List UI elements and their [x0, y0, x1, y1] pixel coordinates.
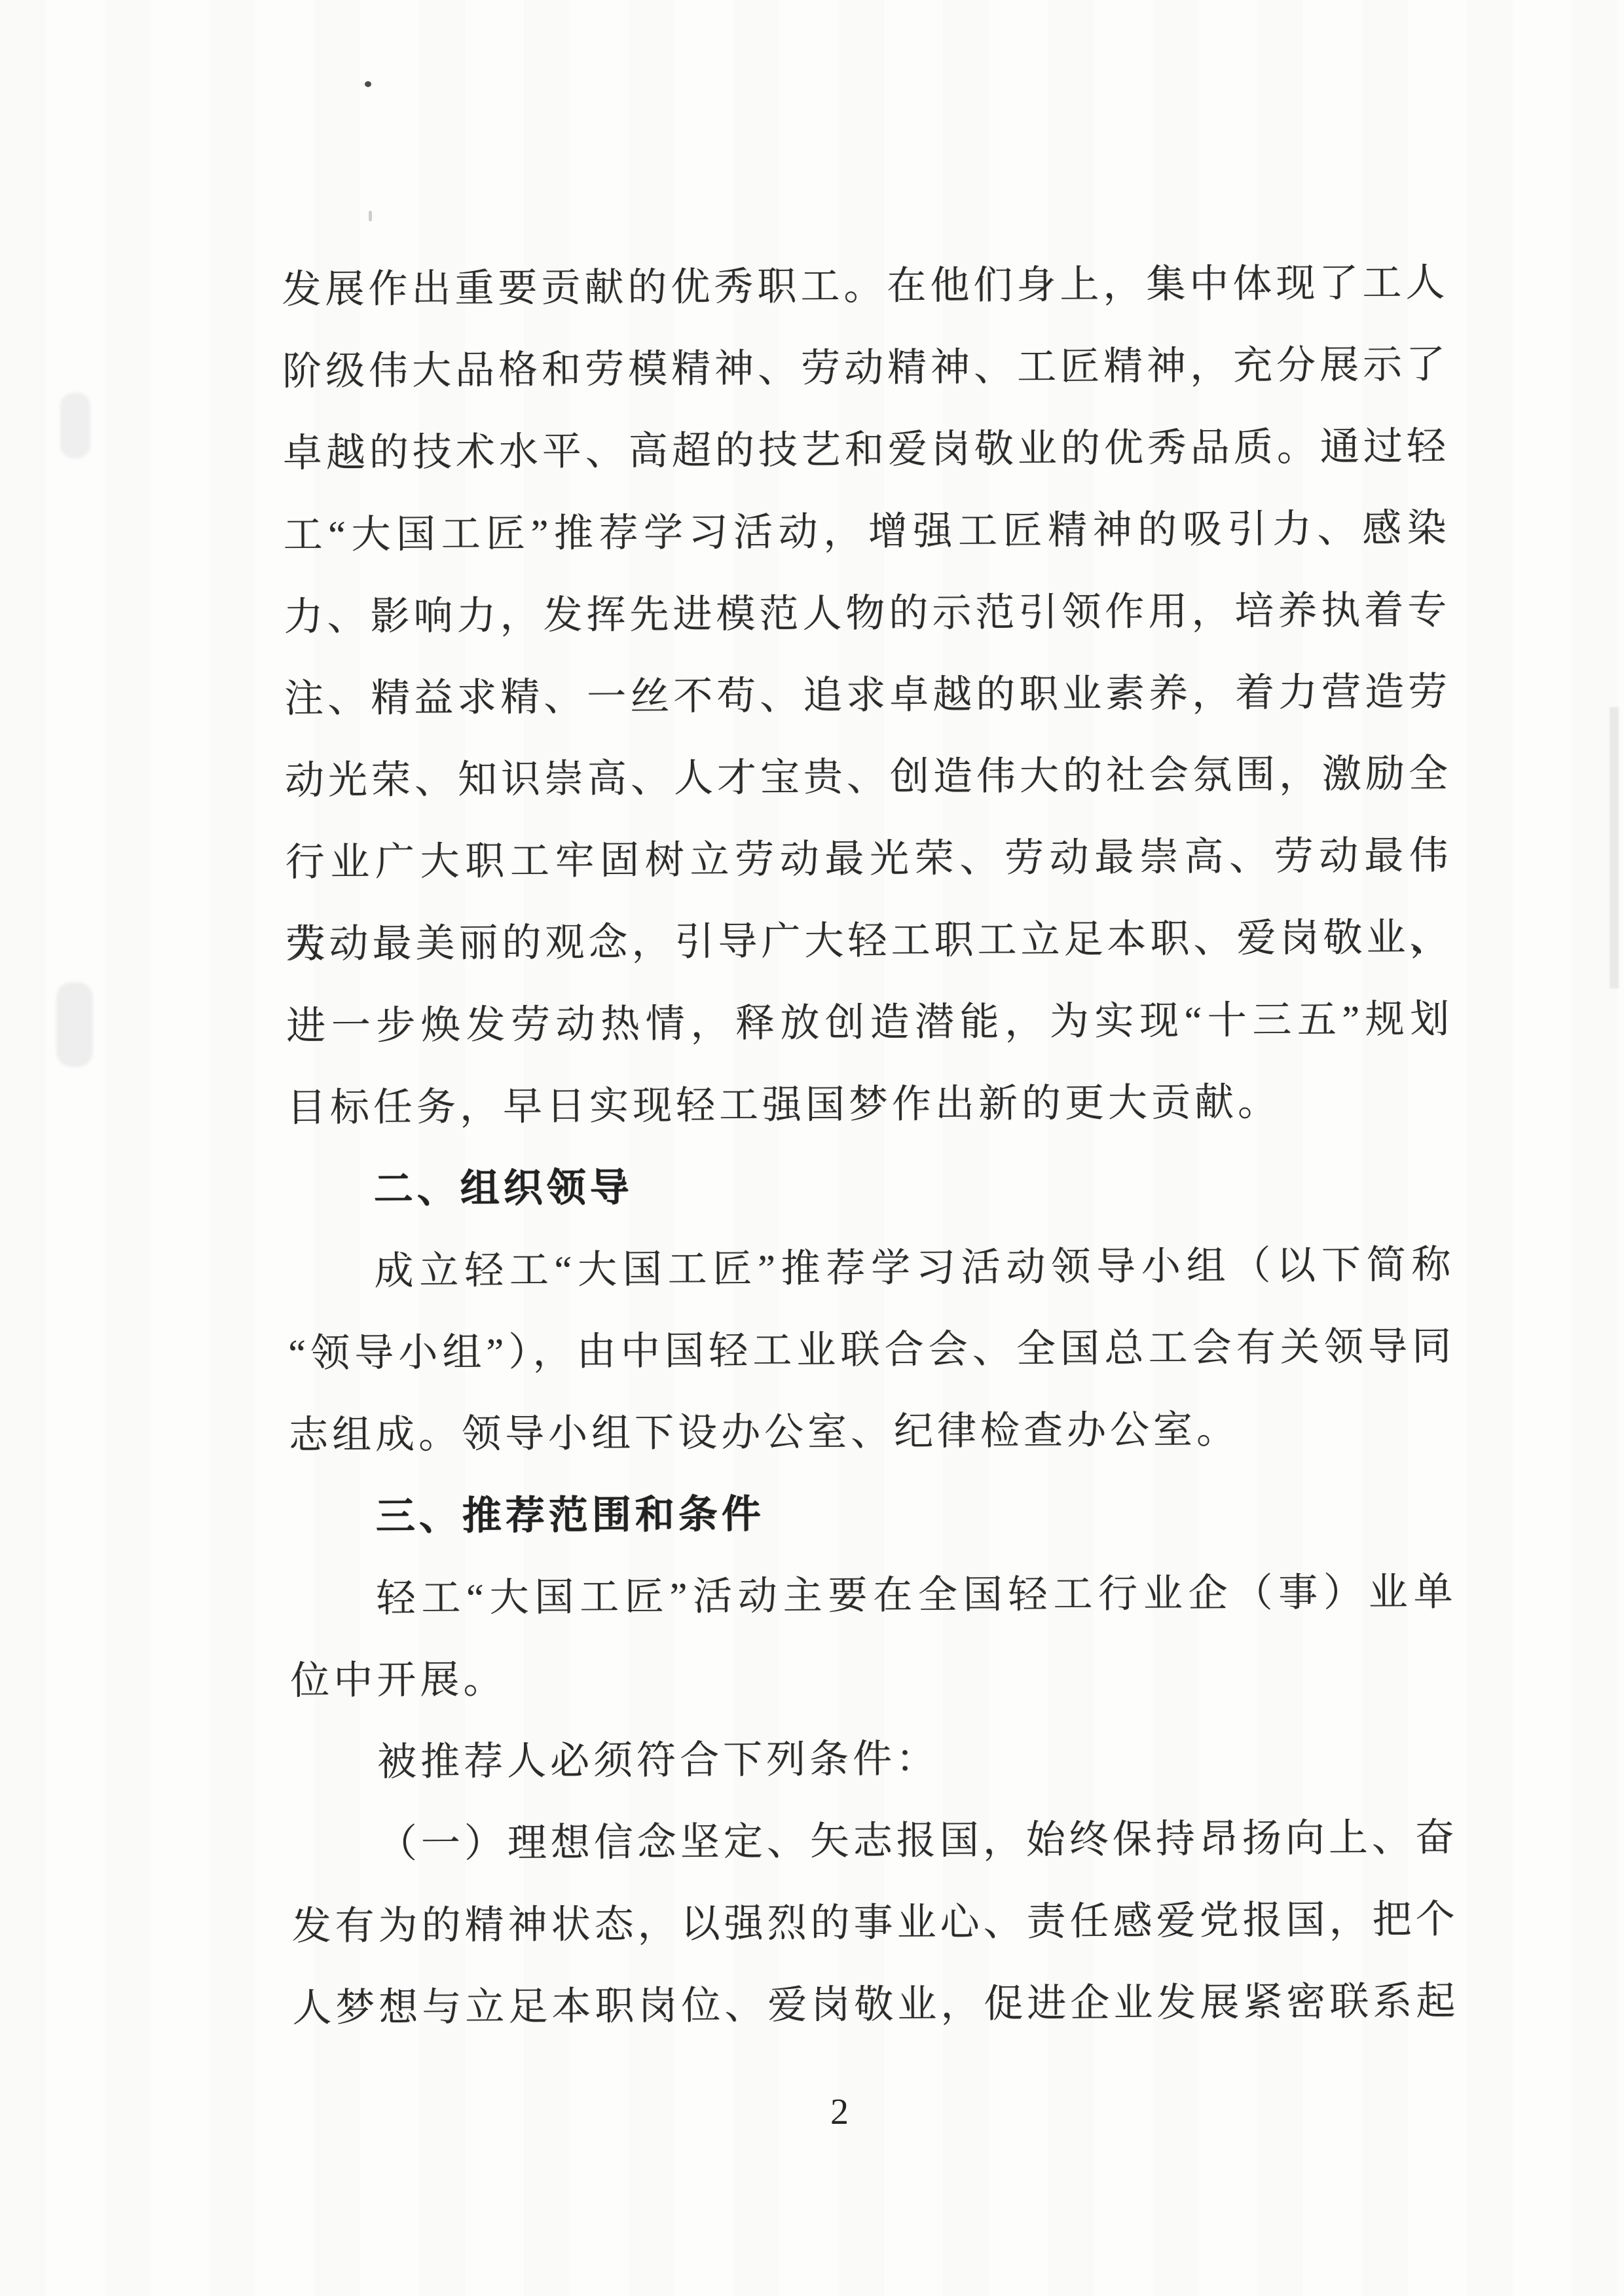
page-number: 2 [830, 2092, 849, 2132]
text-line: 位中开展。 [290, 1633, 1458, 1722]
text-line: 卓越的技术水平、高超的技艺和爱岗敬业的优秀品质。通过轻 [283, 406, 1450, 495]
text-line: 劳动最美丽的观念，引导广大轻工职工立足本职、爱岗敬业， [286, 897, 1453, 986]
text-line: 注、精益求精、一丝不苟、追求卓越的职业素养，着力营造劳 [284, 651, 1452, 740]
text-line: 阶级伟大品格和劳模精神、劳动精神、工匠精神，充分展示了 [282, 324, 1450, 413]
scan-speck-dot [365, 81, 371, 87]
text-line: 轻工“大国工匠”活动主要在全国轻工行业企（事）业单 [289, 1552, 1457, 1641]
text-line: 发展作出重要贡献的优秀职工。在他们身上，集中体现了工人 [282, 242, 1449, 331]
text-line: 工“大国工匠”推荐学习活动，增强工匠精神的吸引力、感染 [283, 488, 1450, 577]
text-line: 人梦想与立足本职岗位、爱岗敬业，促进企业发展紧密联系起 [292, 1961, 1460, 2050]
text-line: 动光荣、知识崇高、人才宝贵、创造伟大的社会氛围，激励全 [285, 733, 1452, 822]
scan-edge-strip [1610, 707, 1619, 989]
text-line: “领导小组”），由中国轻工业联合会、全国总工会有关领导同 [288, 1306, 1456, 1395]
scan-smudge-left-lower [56, 982, 93, 1067]
text-line: 力、影响力，发挥先进模范人物的示范引领作用，培养执着专 [284, 570, 1451, 659]
scan-speck-tick [369, 211, 372, 221]
document-page: 发展作出重要贡献的优秀职工。在他们身上，集中体现了工人 阶级伟大品格和劳模精神、… [0, 0, 1624, 2296]
text-line: 行业广大职工牢固树立劳动最光荣、劳动最崇高、劳动最伟大、 [285, 815, 1452, 904]
text-line: 发有为的精神状态，以强烈的事业心、责任感爱党报国，把个 [291, 1879, 1459, 1968]
text-line: 成立轻工“大国工匠”推荐学习活动领导小组（以下简称 [287, 1224, 1455, 1313]
document-text-block: 发展作出重要贡献的优秀职工。在他们身上，集中体现了工人 阶级伟大品格和劳模精神、… [282, 242, 1460, 2050]
text-line: 被推荐人必须符合下列条件： [291, 1715, 1458, 1804]
text-line: 目标任务，早日实现轻工强国梦作出新的更大贡献。 [287, 1061, 1454, 1150]
text-line: 进一步焕发劳动热情，释放创造潜能，为实现“十三五”规划 [286, 979, 1454, 1068]
section-heading-scope-conditions: 三、推荐范围和条件 [289, 1470, 1456, 1559]
section-heading-organization: 二、组织领导 [287, 1142, 1454, 1231]
text-line: 志组成。领导小组下设办公室、纪律检查办公室。 [289, 1388, 1456, 1477]
scan-smudge-left-upper [60, 393, 90, 458]
text-line: （一）理想信念坚定、矢志报国，始终保持昂扬向上、奋 [291, 1797, 1459, 1886]
